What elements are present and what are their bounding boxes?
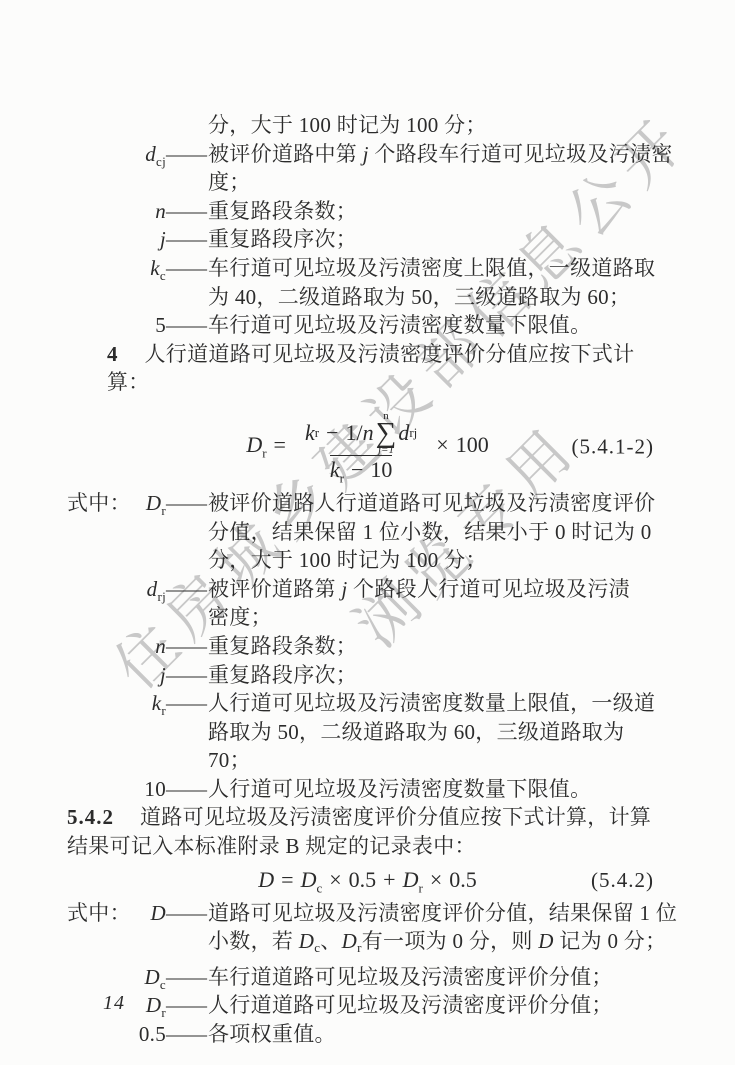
equation-math: Dr=kr−1/nn∑j=1drjkr−10×100: [246, 411, 488, 483]
fraction: kr−1/nn∑j=1drjkr−10: [297, 411, 425, 483]
variable-description: 道路可见垃圾及污渍密度评价分值，结果保留 1 位: [208, 899, 677, 928]
variable-definition-n: n —— 重复路段条数；: [67, 197, 668, 226]
variable-symbol: kc: [67, 254, 166, 283]
variable-definition-kr: kr —— 人行道可见垃圾及污渍密度数量上限值，一级道: [67, 689, 668, 718]
variable-description: 重复路段条数；: [208, 197, 668, 226]
definition-dash: ——: [166, 575, 208, 604]
equation-number: (5.4.2): [591, 861, 654, 899]
definition-dash: ——: [166, 775, 208, 804]
summation: n∑j=1: [376, 411, 397, 456]
variable-description: 被评价道路第 j 个路段人行道可见垃圾及污渍: [208, 575, 668, 604]
variable-description: 被评价道路人行道道路可见垃圾及污渍密度评价: [208, 489, 668, 518]
variable-definition-dcj: dcj —— 被评价道路中第 j 个路段车行道可见垃圾及污渍密: [67, 140, 668, 169]
equation-5-4-1-2: Dr=kr−1/nn∑j=1drjkr−10×100 (5.4.1-2): [67, 397, 668, 489]
variable-definition-drj: drj —— 被评价道路第 j 个路段人行道可见垃圾及污渍: [67, 575, 668, 604]
variable-definition-Dc: Dc —— 车行道道路可见垃圾及污渍密度评价分值；: [67, 963, 668, 992]
variable-definition-n: n —— 重复路段条数；: [67, 632, 668, 661]
variable-definition-kc: kc —— 车行道可见垃圾及污渍密度上限值，一级道路取: [67, 254, 668, 283]
text-line-continuation: 分值，结果保留 1 位小数，结果小于 0 时记为 0: [67, 518, 668, 547]
variable-symbol: n: [67, 632, 166, 661]
text-line-continuation: 分，大于 100 时记为 100 分；: [67, 546, 668, 575]
variable-description: 重复路段条数；: [208, 632, 668, 661]
variable-definition-j: j —— 重复路段序次；: [67, 225, 668, 254]
definition-dash: ——: [166, 991, 208, 1020]
definition-dash: ——: [166, 689, 208, 718]
where-label: 式中：: [67, 899, 131, 928]
text-line-continuation: 分，大于 100 时记为 100 分；: [67, 111, 668, 140]
variable-symbol: drj: [67, 575, 166, 604]
page-number: 14: [103, 992, 125, 1015]
definition-dash: ——: [166, 140, 208, 169]
variable-description: 各项权重值。: [208, 1020, 668, 1049]
equation-math: D=Dc×0.5+Dr×0.5: [258, 867, 476, 892]
variable-description: 车行道道路可见垃圾及污渍密度评价分值；: [208, 963, 668, 992]
definition-dash: ——: [166, 225, 208, 254]
definition-dash: ——: [166, 489, 208, 518]
clause-number: 5.4.2: [67, 805, 114, 829]
list-item-4: 4人行道道路可见垃圾及污渍密度评价分值应按下式计算：: [67, 340, 668, 397]
variable-symbol: 10: [67, 775, 166, 804]
variable-description: 车行道可见垃圾及污渍密度数量下限值。: [208, 311, 668, 340]
variable-definition-10: 10 —— 人行道可见垃圾及污渍密度数量下限值。: [67, 775, 668, 804]
equation-5-4-2: D=Dc×0.5+Dr×0.5 (5.4.2): [67, 861, 668, 899]
variable-description: 重复路段序次；: [208, 225, 668, 254]
where-clause-Dr: 式中： Dr —— 被评价道路人行道道路可见垃圾及污渍密度评价: [67, 489, 668, 518]
variable-description: 人行道道路可见垃圾及污渍密度评价分值；: [208, 991, 668, 1020]
definition-dash: ——: [166, 1020, 208, 1049]
clause-text-continuation: 结果可记入本标准附录 B 规定的记录表中：: [67, 832, 668, 861]
definition-dash: ——: [166, 661, 208, 690]
definition-dash: ——: [166, 197, 208, 226]
variable-symbol: D: [131, 899, 166, 928]
variable-symbol: j: [67, 661, 166, 690]
variable-symbol: dcj: [67, 140, 166, 169]
text-line-continuation: 为 40，二级道路取为 50，三级道路取为 60；: [67, 283, 668, 312]
variable-definition-05: 0.5 —— 各项权重值。: [67, 1020, 668, 1049]
definition-dash: ——: [166, 254, 208, 283]
variable-description: 车行道可见垃圾及污渍密度上限值，一级道路取: [208, 254, 668, 283]
variable-definition-Dr: Dr —— 人行道道路可见垃圾及污渍密度评价分值；: [67, 991, 668, 1020]
clause-5-4-2: 5.4.2道路可见垃圾及污渍密度评价分值应按下式计算，计算: [67, 803, 668, 832]
variable-symbol: 5: [67, 311, 166, 340]
variable-description: 人行道可见垃圾及污渍密度数量上限值，一级道: [208, 689, 668, 718]
variable-description: 重复路段序次；: [208, 661, 668, 690]
text-line-continuation: 度；: [67, 168, 668, 197]
variable-symbol: n: [67, 197, 166, 226]
definition-dash: ——: [166, 963, 208, 992]
equation-number: (5.4.1-2): [572, 434, 654, 459]
variable-description: 人行道可见垃圾及污渍密度数量下限值。: [208, 775, 668, 804]
text-line-continuation: 路取为 50，二级道路取为 60，三级道路取为 70；: [67, 718, 668, 775]
variable-description: 被评价道路中第 j 个路段车行道可见垃圾及污渍密: [208, 140, 673, 169]
item-text: 人行道道路可见垃圾及污渍密度评价分值应按下式计算：: [107, 342, 634, 395]
variable-definition-5: 5 —— 车行道可见垃圾及污渍密度数量下限值。: [67, 311, 668, 340]
page-content: 分，大于 100 时记为 100 分； dcj —— 被评价道路中第 j 个路段…: [67, 111, 668, 1049]
definition-dash: ——: [166, 632, 208, 661]
definition-dash: ——: [166, 899, 208, 928]
variable-symbol: kr: [67, 689, 166, 718]
clause-text: 道路可见垃圾及污渍密度评价分值应按下式计算，计算: [140, 805, 651, 829]
document-page: 住房城乡建设部信息公开 浏览专用 分，大于 100 时记为 100 分； dcj…: [0, 0, 735, 1065]
where-label: 式中：: [67, 489, 131, 518]
text-line-continuation: 密度；: [67, 603, 668, 632]
definition-dash: ——: [166, 311, 208, 340]
variable-symbol: Dc: [67, 963, 166, 992]
variable-definition-j: j —— 重复路段序次；: [67, 661, 668, 690]
where-clause-D: 式中： D —— 道路可见垃圾及污渍密度评价分值，结果保留 1 位: [67, 899, 668, 928]
variable-symbol: j: [67, 225, 166, 254]
variable-symbol: 0.5: [67, 1020, 166, 1049]
text-line-continuation: 小数，若 Dc、Dr有一项为 0 分，则 D 记为 0 分；: [67, 927, 668, 963]
item-number: 4: [107, 342, 119, 366]
variable-symbol: Dr: [131, 489, 166, 518]
